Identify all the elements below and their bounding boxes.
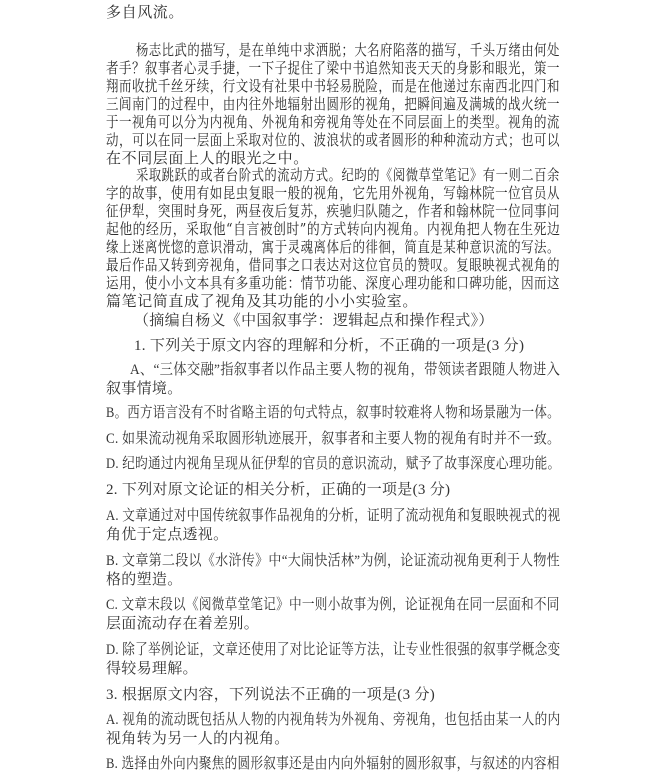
option-d-line-2: 得较易理解。 <box>106 660 198 678</box>
paragraph-line: 三闾南门的过程中，由内往外地辐射出圆形的视角，把瞬间遍及满城的战火统一 <box>106 95 560 113</box>
paragraph-line: 起他的经历，采取他“自言被创时”的方式转向内视角。内视角把人物在生死边 <box>106 220 560 238</box>
paragraph-line: 篇笔记简直成了视角及其功能的小小实验室。 <box>106 292 418 310</box>
paragraph-line: 字的故事，使用有如昆虫复眼一般的视角，它先用外视角，写翰林院一位官员从 <box>106 184 560 202</box>
paragraph-line: 杨志比武的描写，是在单纯中求洒脱；大名府陷落的描写，千头万绪由何处 <box>136 41 560 59</box>
continuation-line: 多自风流。 <box>106 3 184 21</box>
option-c: C. 如果流动视角采取圆形轨迹展开，叙事者和主要人物的视角有时并不一致。 <box>106 430 560 448</box>
paragraph-line: 者手？叙事者心灵手捷，一下子捉住了梁中书追然知丧天天的身影和眼光，策一 <box>106 59 560 77</box>
option-b-line-2: 格的塑造。 <box>106 571 183 589</box>
option-c-line-2: 层面流动存在着差别。 <box>106 615 259 633</box>
question-stem: 2. 下列对原文论证的相关分析，正确的一项是(3 分) <box>106 481 450 499</box>
paragraph-line: 采取跳跃的或者台阶式的流动方式。纪昀的《阅微草堂笔记》有一则二百余 <box>136 166 560 184</box>
paragraph-line: 在不同层面上人的眼光之中。 <box>106 149 309 167</box>
option-a-line-2: 角优于定点透视。 <box>106 526 228 544</box>
option-c-line-1: C. 文章末段以《阅微草堂笔记》中一则小故事为例，论证视角在同一层面和不同 <box>106 596 560 614</box>
paragraph-line: 缘上迷离恍惚的意识滑动，寓于灵魂离体后的徘徊，简直是某种意识流的写法。 <box>106 238 560 256</box>
option-d-line-1: D. 除了举例论证，文章还使用了对比论证等方法，让专业性很强的叙事学概念变 <box>106 641 560 659</box>
question-stem: 1. 下列关于原文内容的理解和分析，不正确的一项是(3 分) <box>134 337 524 355</box>
option-b: B。西方语言没有不时省略主语的句式特点，叙事时较难将人物和场景融为一体。 <box>106 404 560 422</box>
option-b-line-1: B. 选择由外向内聚焦的圆形叙事还是由内向外辐射的圆形叙事，与叙述的内容相 <box>106 755 560 773</box>
question-stem: 3. 根据原文内容，下列说法不正确的一项是(3 分) <box>106 686 435 704</box>
option-a-line-1: A. 文章通过对中国传统叙事作品视角的分析，证明了流动视角和复眼映视式的视 <box>106 507 560 525</box>
option-a-line-2: 叙事情境。 <box>106 380 183 398</box>
paragraph-line: 最后作品又转到旁视角，借同事之口表达对这位官员的赞叹。复眼映视式视角的 <box>106 256 560 274</box>
source-attribution: （摘编自杨义《中国叙事学：逻辑起点和操作程式》） <box>134 312 494 330</box>
paragraph-line: 运用，使小小文本具有多重功能：情节功能、深度心理功能和口碑功能，因而这 <box>106 274 560 292</box>
paragraph-line: 动，可以在同一层面上采取对位的、波浪状的或者圆形的种种流动方式；也可以 <box>106 131 560 149</box>
paragraph-line: 翔而收扰千丝牙续，行文设有社果中书轻易脱险，而是在他递过东南西北四门和 <box>106 77 560 95</box>
paragraph-line: 征伊犁，突围时身死，两昼夜后复苏，疾驰归队随之，作者和翰林院一位同事问 <box>106 202 560 220</box>
option-a-line-1: A. 视角的流动既包括从人物的内视角转为外视角、旁视角，也包括由某一人的内 <box>106 711 560 729</box>
option-d: D. 纪昀通过内视角呈现从征伊犁的官员的意识流动，赋予了故事深度心理功能。 <box>106 455 560 473</box>
option-a-line-2: 视角转为另一人的内视角。 <box>106 730 290 748</box>
option-b-line-1: B. 文章第二段以《水浒传》中“大闹快活林”为例，论证流动视角更利于人物性 <box>106 552 560 570</box>
paragraph-line: 于一视角可以分为内视角、外视角和旁视角等处在不同层面上的类型。视角的流 <box>106 113 560 131</box>
option-a-line-1: A、“三体交融”指叙事者以作品主要人物的视角，带领读者跟随人物进入 <box>130 361 560 379</box>
